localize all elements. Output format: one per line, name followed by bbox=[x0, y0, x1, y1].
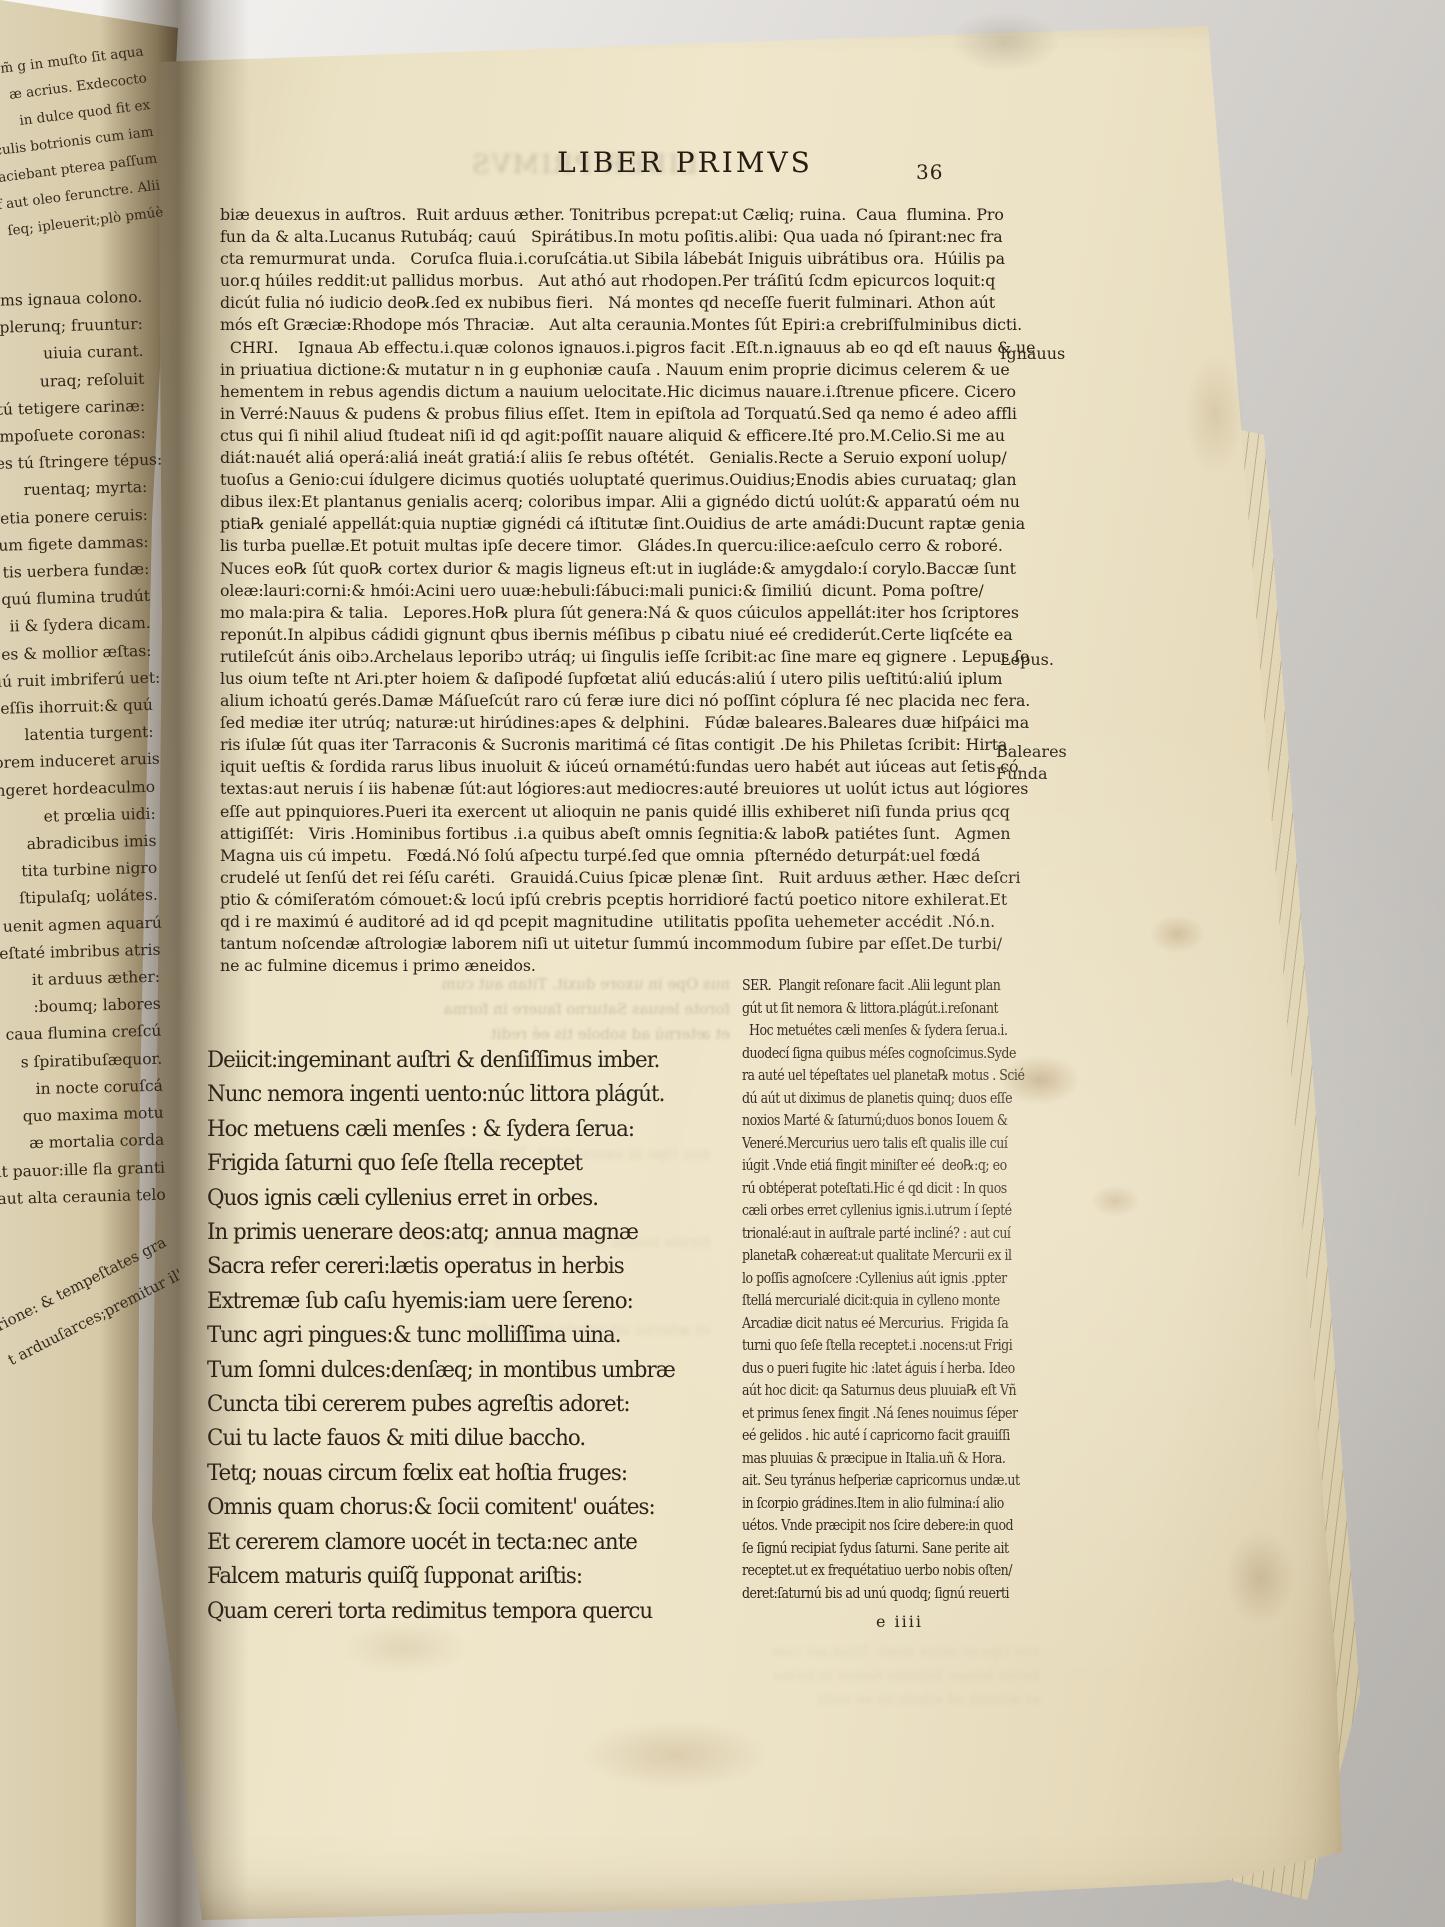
verse-line: Nunc nemora ingenti uento:núc littora pl… bbox=[207, 1078, 675, 1112]
margin-note-baleares: Baleares bbox=[996, 742, 1067, 761]
commentary-line: et primus ſenex fingit .Ná ſenes nouimus… bbox=[742, 1402, 1011, 1425]
show-through-text: nus Ope in uxore duxit. Titan aut cumfor… bbox=[280, 972, 730, 1047]
commentary-line: lus oium teſte nt Ari.pter hoiem & daſip… bbox=[220, 668, 1002, 690]
verse-line: Falcem maturis quiſq̃ ſupponat ariſtis: bbox=[207, 1560, 675, 1594]
verse-line: Sacra refer cereri:lætis operatus in her… bbox=[207, 1250, 675, 1284]
commentary-line: fun da & alta.Lucanus Rutubáq; cauú Spir… bbox=[220, 226, 1002, 248]
commentary-line: uor.q húiles reddit:ut pallidus morbus. … bbox=[220, 270, 1002, 292]
verse-line: Omnis quam chorus:& ſocii comitent' ouát… bbox=[207, 1491, 675, 1525]
commentary-line: trionalé:aut in auſtrale parté incliné? … bbox=[742, 1222, 1011, 1245]
commentary-line: ris iſulæ ſút quas iter Tarraconis & Suc… bbox=[220, 734, 1002, 756]
commentary-line: Magna uis cú impetu. Fœdá.Nó ſolú aſpect… bbox=[220, 845, 1002, 867]
margin-note-lepus: Lepus. bbox=[1000, 650, 1054, 669]
commentary-line: cæli orbes erret cyllenius ignis.i.utrum… bbox=[742, 1199, 1011, 1222]
commentary-line: rutileſcút ánis oibɔ.Archelaus leporibɔ … bbox=[220, 646, 1002, 668]
commentary-line: SER. Plangit reſonare facit .Alii legunt… bbox=[742, 974, 1011, 997]
commentary-line: reponút.In alpibus cádidi gignunt qbus i… bbox=[220, 624, 1002, 646]
commentary-line: in ſcorpio grádines.Item in alio fulmina… bbox=[742, 1492, 1011, 1515]
commentary-line: iúgit .Vnde etiá fingit miniſter eé deo℞… bbox=[742, 1154, 1011, 1177]
margin-note-ignauus: Ignauus bbox=[1000, 344, 1065, 363]
verse-line: Tunc agri pingues:& tunc molliſſima uina… bbox=[207, 1319, 675, 1353]
commentary-line: crudelé ut ſenſú det rei ſéſu caréti. Gr… bbox=[220, 867, 1002, 889]
commentary-line: rú obtéperat poteſtati.Hic é qd dicit : … bbox=[742, 1177, 1011, 1200]
verse-line: Et cererem clamore uocét in tecta:nec an… bbox=[207, 1526, 675, 1560]
facing-page-fragment: ruentaq; myrta: bbox=[0, 474, 148, 506]
commentary-line: tuoſus a Genio:cui ídulgere dicimus quot… bbox=[220, 469, 1002, 491]
commentary-line: Arcadiæ dicit natus eé Mercurius. Frigid… bbox=[742, 1312, 1011, 1335]
commentary-line: ctus qui ſi nihil aliud ſtudeat niſi id … bbox=[220, 425, 1002, 447]
commentary-line: duodecí ſigna quibus méſes cognoſcimus.S… bbox=[742, 1042, 1011, 1065]
facing-page-fragment: es & mollior æſtas: bbox=[0, 637, 152, 669]
verse-line: Cuncta tibi cererem pubes agreſtis adore… bbox=[207, 1388, 675, 1422]
verse-line: Quos ignis cæli cyllenius erret in orbes… bbox=[207, 1182, 675, 1216]
commentary-line: oleæ:lauri:corni:& hmói:Acini uero uuæ:h… bbox=[220, 580, 1002, 602]
commentary-line: attigiſſét: Viris .Hominibus fortibus .i… bbox=[220, 823, 1002, 845]
commentary-line: eſſe aut ppinquiores.Pueri ita exercent … bbox=[220, 801, 1002, 823]
commentary-line: in Verré:Nauus & pudens & probus filius … bbox=[220, 403, 1002, 425]
commentary-line: turni quo ſeſe ſtella receptet.i .nocens… bbox=[742, 1334, 1011, 1357]
commentary-line: mas pluuias & præcipue in Italia.uñ & Ho… bbox=[742, 1447, 1011, 1470]
commentary-line: dus o pueri fugite hic :latet águis í he… bbox=[742, 1357, 1011, 1380]
commentary-line: ptio & cómiſeratóm cómouet:& locú ipſú c… bbox=[220, 889, 1002, 911]
facing-page-fragment: ngeret hordeaculmo bbox=[0, 773, 155, 805]
commentary-line: planeta℞ cohæreat:ut qualitate Mercurii … bbox=[742, 1244, 1011, 1267]
verse-line: Tum ſomni dulces:denſæq; in montibus umb… bbox=[207, 1354, 675, 1388]
commentary-line: alium ichoatú gerés.Damæ Máſueſcút raro … bbox=[220, 690, 1002, 712]
verse-line: Cui tu lacte fauos & miti dilue baccho. bbox=[207, 1422, 675, 1456]
verse-block: Deiicit:ingeminant auſtri & denſiſſimus … bbox=[207, 1044, 675, 1629]
right-commentary-column: SER. Plangit reſonare facit .Alii legunt… bbox=[742, 974, 1011, 1604]
commentary-line: uétos. Vnde præcipit nos ſcire debere:in… bbox=[742, 1514, 1011, 1537]
commentary-line: dibus ilex:Et plantanus genialis acerq; … bbox=[220, 491, 1002, 513]
commentary-line: gút ut ſit nemora & littora.plágút.i.reſ… bbox=[742, 997, 1011, 1020]
commentary-line: eé gelidos . hic auté í capricorno facit… bbox=[742, 1424, 1011, 1447]
verse-line: Quam cereri torta redimitus tempora quer… bbox=[207, 1595, 675, 1629]
commentary-line: ſed mediæ iter utrúq; naturæ:ut hirúdine… bbox=[220, 712, 1002, 734]
facing-page-fragment: aut alta ceraunia telo bbox=[0, 1181, 166, 1213]
running-title: LIBER PRIMVS bbox=[540, 146, 830, 179]
commentary-line: cta remurmurat unda. Coruſca fluia.i.cor… bbox=[220, 248, 1002, 270]
facing-page-fragment: it pauor:ille fla granti bbox=[0, 1154, 165, 1186]
show-through-line: et æternú ad sobole tis eé redit bbox=[780, 1688, 1040, 1712]
commentary-line: ſe ſignú recipiat ſydus ſaturni. Sane pe… bbox=[742, 1537, 1011, 1560]
verse-line: In primis uenerare deos:atq; annua magnæ bbox=[207, 1216, 675, 1250]
margin-note-funda: Funda bbox=[996, 764, 1048, 783]
commentary-line: Hoc metuétes cæli menſes & ſydera ſerua.… bbox=[742, 1019, 1011, 1042]
commentary-line: iquit ueſtis & ſordida rarus libus inuol… bbox=[220, 756, 1002, 778]
commentary-line: ptia℞ genialé appellát:quia nuptiæ gigné… bbox=[220, 513, 1002, 535]
verse-line: Hoc metuens cæli menſes : & ſydera ſerua… bbox=[207, 1113, 675, 1147]
commentary-line: deret:ſaturnú bis ad unú quodq; ſignú re… bbox=[742, 1582, 1011, 1605]
facing-page-fragment: uraq; reſoluit bbox=[0, 366, 145, 398]
page-number: 36 bbox=[916, 160, 943, 184]
commentary-line: mós eſt Græciæ:Rhodope mós Thraciæ. Aut … bbox=[220, 314, 1002, 336]
facing-page-fragment: caua flumina creſcú bbox=[0, 1018, 162, 1050]
commentary-line: in priuatiua dictione:& mutatur n in g e… bbox=[220, 359, 1002, 381]
show-through-text: nus Ope in uxore duxit. Titan aut cumfor… bbox=[780, 1640, 1040, 1712]
facing-page-top-fragments: m̃ g in muſto ſit aquaæ acrius. Exdecoct… bbox=[0, 38, 165, 246]
quire-signature: e iiii bbox=[876, 1612, 923, 1631]
facing-page-fragment: uiuia curant. bbox=[0, 338, 144, 370]
commentary-line: Veneré.Mercurius uero talis eſt qualis i… bbox=[742, 1132, 1011, 1155]
facing-page-fragments: ms ignaua colono.e plerunq; fruuntur:uiu… bbox=[0, 284, 166, 1213]
commentary-line: qd i re maximú é auditoré ad id qd pcepi… bbox=[220, 911, 1002, 933]
book-photo: m̃ g in muſto ſit aquaæ acrius. Exdecoct… bbox=[0, 0, 1445, 1927]
commentary-line: biæ deuexus in auſtros. Ruit arduus æthe… bbox=[220, 204, 1002, 226]
commentary-block: biæ deuexus in auſtros. Ruit arduus æthe… bbox=[220, 204, 1002, 977]
commentary-line: Nuces eo℞ ſút quo℞ cortex durior & magis… bbox=[220, 558, 1002, 580]
commentary-line: noxios Marté & ſaturnú;duos bonos Iouem … bbox=[742, 1109, 1011, 1132]
commentary-line: ait. Seu tyránus heſperiæ capricornus un… bbox=[742, 1469, 1011, 1492]
facing-page-fragment: ſtipulaſq; uolátes. bbox=[0, 882, 158, 914]
commentary-line: textas:aut neruis í iis habenæ ſút:aut l… bbox=[220, 778, 1002, 800]
commentary-line: ra auté uel tépeſtates uel planeta℞ motu… bbox=[742, 1064, 1011, 1087]
facing-page-fragment: s ſpiratibuſæquor. bbox=[0, 1045, 163, 1077]
commentary-line: tantum noſcendæ aſtrologiæ laborem niſi … bbox=[220, 933, 1002, 955]
commentary-line: CHRI. Ignaua Ab effectu.i.quæ colonos ig… bbox=[220, 337, 1002, 359]
commentary-line: lo poſſis agnoſcere :Cyllenius aút ignis… bbox=[742, 1267, 1011, 1290]
facing-page-fragment: æ mortalia corda bbox=[0, 1127, 165, 1159]
facing-page-fragment: retia ponere ceruis: bbox=[0, 501, 148, 533]
commentary-line: hementem in rebus agendis dictum a nauiu… bbox=[220, 381, 1002, 403]
show-through-line: forote lesuas Saturno fauere in forma bbox=[780, 1664, 1040, 1688]
commentary-line: lis turba puellæ.Et potuit multas ipſe d… bbox=[220, 535, 1002, 557]
verse-line: Deiicit:ingeminant auſtri & denſiſſimus … bbox=[207, 1044, 675, 1078]
commentary-line: dicút fulia nó iudicio deo℞.ſed ex nubib… bbox=[220, 292, 1002, 314]
facing-page-fragment: ii & ſydera dicam. bbox=[0, 610, 151, 642]
verse-line: Tetq; nouas circum fœlix eat hoſtia frug… bbox=[207, 1457, 675, 1491]
verse-line: Frigida ſaturni quo ſeſe ſtella receptet bbox=[207, 1147, 675, 1181]
facing-page-fragment: borem induceret aruis bbox=[0, 746, 155, 778]
facing-page-fragment: o uenit agmen aquarú bbox=[0, 909, 159, 941]
show-through-line: forote lesuas Saturno fauere in forma bbox=[280, 997, 730, 1022]
show-through-line: nus Ope in uxore duxit. Titan aut cum bbox=[780, 1640, 1040, 1664]
commentary-line: aút hoc dicit: qa Saturnus deus pluuia℞ … bbox=[742, 1379, 1011, 1402]
commentary-line: mo mala:pira & talia. Lepores.Ho℞ plura … bbox=[220, 602, 1002, 624]
commentary-line: dú aút ut diximus de planetis quinq; duo… bbox=[742, 1087, 1011, 1110]
commentary-line: diát:nauét aliá operá:aliá ineát gratiá:… bbox=[220, 447, 1002, 469]
commentary-line: ſtellá mercurialé dicit:quia in cylleno … bbox=[742, 1289, 1011, 1312]
commentary-line: receptet.ut ex frequétatiuo uerbo nobis … bbox=[742, 1559, 1011, 1582]
verse-line: Extremæ ſub caſu hyemis:iam uere ſereno: bbox=[207, 1285, 675, 1319]
